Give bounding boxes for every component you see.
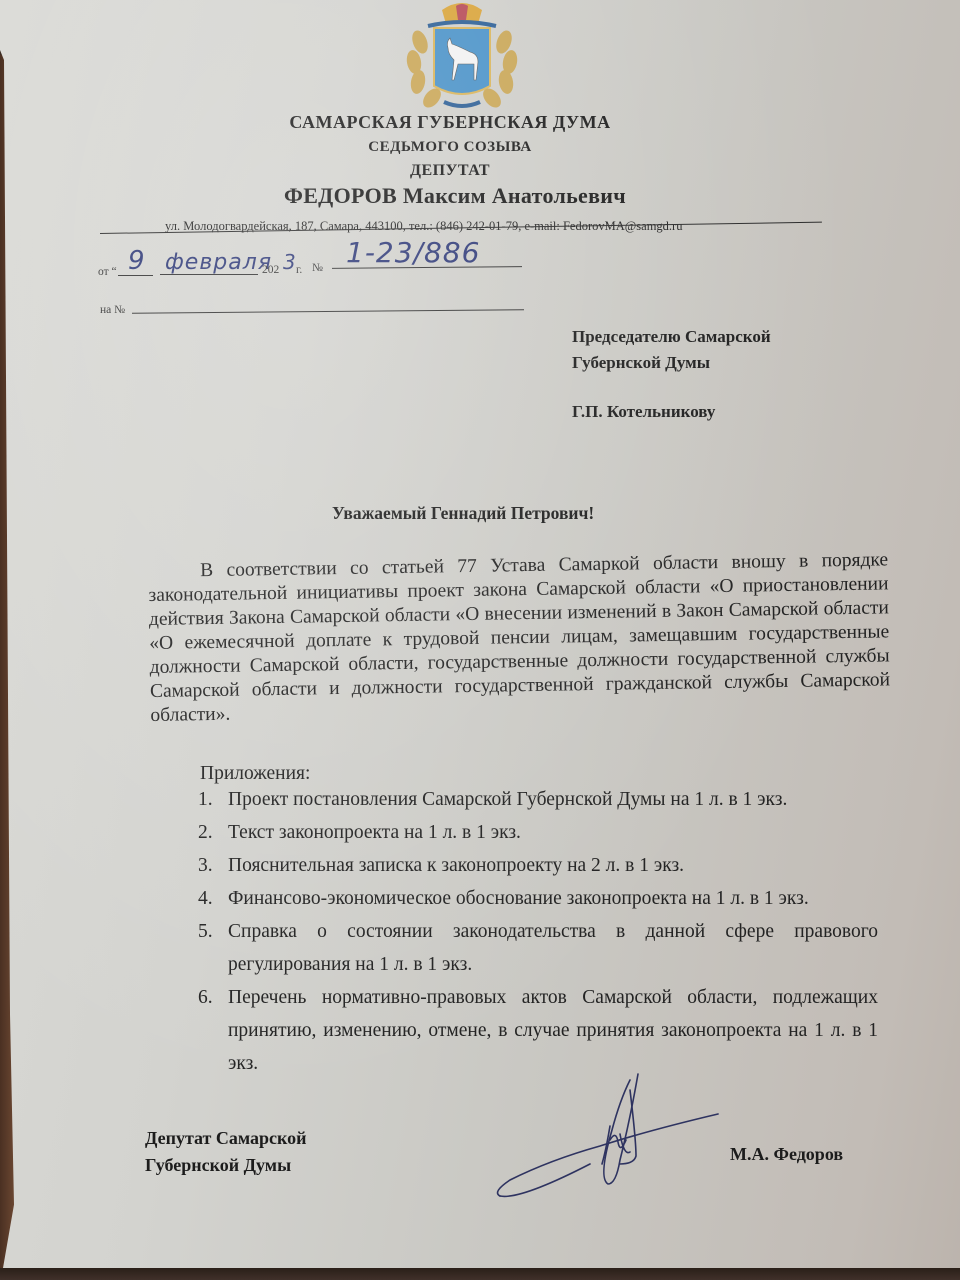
year-suffix-label: г. (296, 264, 302, 276)
coat-of-arms-icon (398, 2, 526, 110)
signer-name: М.А. Федоров (730, 1144, 843, 1165)
desk-surface (0, 1268, 960, 1280)
attachment-number: 6. (198, 981, 213, 1014)
attachment-number: 5. (198, 915, 213, 948)
handwritten-signature-icon (480, 1060, 720, 1210)
addressee-line1: Председателю Самарской (572, 327, 771, 347)
handwritten-reg-number: 1-23/886 (346, 236, 480, 269)
attachment-text: Проект постановления Самарской Губернско… (228, 789, 787, 810)
organization-title: САМАРСКАЯ ГУБЕРНСКАЯ ДУМА (275, 112, 625, 133)
letter-body: В соответствии со статьей 77 Устава Сама… (148, 548, 891, 728)
handwritten-year-digit: 3 (283, 250, 296, 274)
attachment-number: 1. (198, 783, 213, 816)
addressee-line2: Губернской Думы (572, 353, 710, 373)
attachment-text: Пояснительная записка к законопроекту на… (228, 855, 684, 876)
attachment-number: 3. (198, 849, 213, 882)
addressee-name: Г.П. Котельникову (572, 402, 715, 422)
attachment-item: 5.Справка о состоянии законодательства в… (198, 915, 878, 981)
attachment-number: 4. (198, 882, 213, 915)
attachment-text: Финансово-экономическое обоснование зако… (228, 888, 809, 909)
handwritten-day: 9 (128, 246, 145, 276)
reply-to-label: на № (100, 304, 125, 316)
deputy-name: ФЕДОРОВ Максим Анатольевич (245, 183, 665, 209)
number-label: № (312, 262, 323, 274)
year-prefix: 202 (262, 264, 279, 276)
attachment-item: 3.Пояснительная записка к законопроекту … (198, 849, 878, 882)
letter-page: САМАРСКАЯ ГУБЕРНСКАЯ ДУМА СЕДЬМОГО СОЗЫВ… (0, 0, 960, 1268)
convocation-title: СЕДЬМОГО СОЗЫВА (300, 139, 600, 156)
attachments-list: 1.Проект постановления Самарской Губернс… (198, 783, 878, 1080)
reply-underline (132, 309, 524, 313)
attachment-text: Текст законопроекта на 1 л. в 1 экз. (228, 822, 521, 843)
handwritten-month: февраля (165, 250, 272, 275)
attachment-item: 1.Проект постановления Самарской Губернс… (198, 783, 878, 816)
signer-title-line1: Депутат Самарской (145, 1125, 307, 1152)
year-label: 202 (262, 264, 279, 276)
attachment-item: 4.Финансово-экономическое обоснование за… (198, 882, 878, 915)
attachment-number: 2. (198, 816, 213, 849)
position-title: ДЕПУТАТ (300, 162, 600, 180)
attachment-item: 2.Текст законопроекта на 1 л. в 1 экз. (198, 816, 878, 849)
signer-title: Депутат Самарской Губернской Думы (145, 1125, 307, 1179)
date-from-label: от “ (98, 266, 117, 278)
attachment-text: Справка о состоянии законодательства в д… (228, 921, 878, 975)
attachments-title: Приложения: (200, 763, 310, 785)
signer-title-line2: Губернской Думы (145, 1152, 307, 1179)
greeting: Уважаемый Геннадий Петрович! (332, 503, 594, 524)
